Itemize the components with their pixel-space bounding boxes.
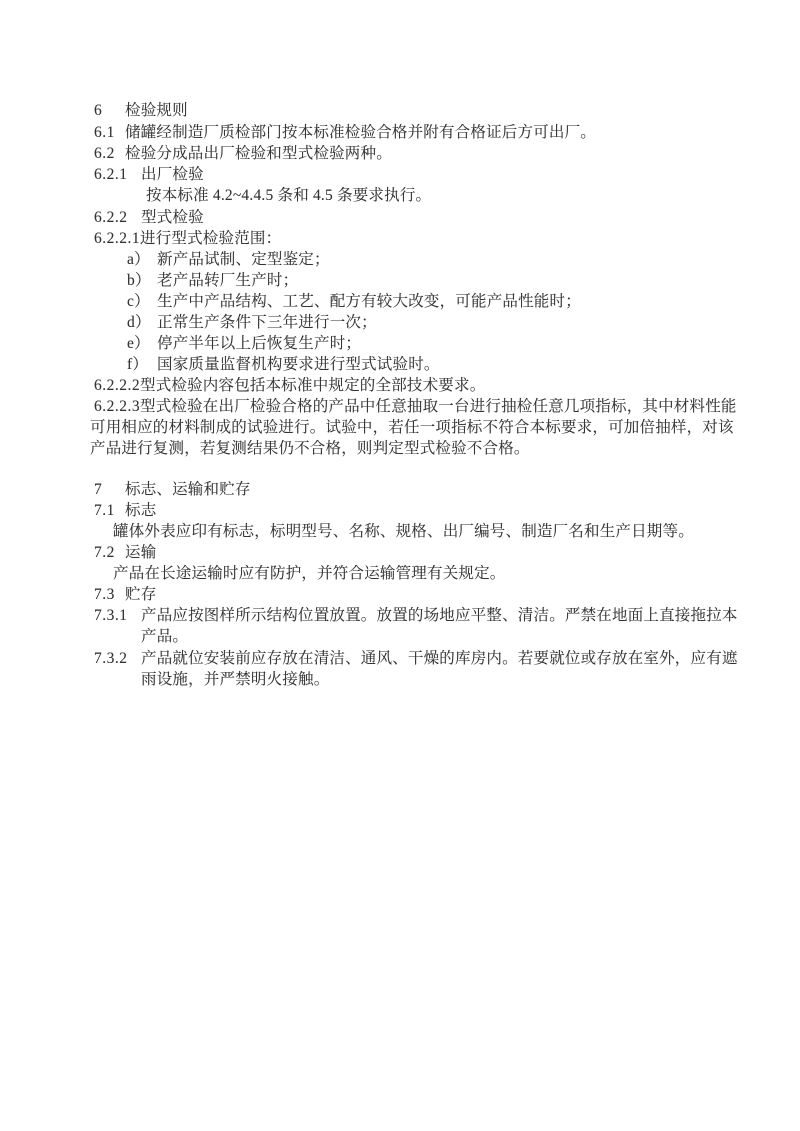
list-item-a-text: 新产品试制、定型鉴定； bbox=[157, 249, 330, 270]
clause-6-2-2-3-line-1: 型式检验在出厂检验合格的产品中任意抽取一台进行抽检任意几项指标，其中材料性能 bbox=[140, 396, 737, 417]
clause-6-2-2-title: 型式检验 bbox=[141, 207, 204, 228]
clause-6-2-1-body: 按本标准 4.2~4.4.5 条和 4.5 条要求执行。 bbox=[146, 185, 431, 206]
clause-6-1-text: 储罐经制造厂质检部门按本标准检验合格并附有合格证后方可出厂。 bbox=[125, 122, 596, 143]
list-item-c-marker: c） bbox=[127, 291, 150, 312]
clause-6-2-2-3-number: 6.2.2.3 bbox=[94, 396, 140, 417]
list-item-a-marker: a） bbox=[127, 249, 150, 270]
section-6-heading-title: 检验规则 bbox=[125, 100, 188, 121]
clause-6-2-1-title: 出厂检验 bbox=[141, 164, 204, 185]
clause-7-3-2-line-1: 产品就位安装前应存放在清洁、通风、干燥的库房内。若要就位或存放在室外，应有遮 bbox=[141, 648, 738, 669]
clause-7-2-number: 7.2 bbox=[94, 542, 115, 563]
clause-6-2-2-2-number: 6.2.2.2 bbox=[94, 375, 140, 396]
list-item-f-text: 国家质量监督机构要求进行型式试验时。 bbox=[157, 354, 440, 375]
clause-7-3-1-number: 7.3.1 bbox=[94, 605, 128, 626]
list-item-e-text: 停产半年以上后恢复生产时； bbox=[157, 333, 361, 354]
list-item-b-marker: b） bbox=[127, 270, 151, 291]
clause-7-3-2-line-2: 雨设施，并严禁明火接触。 bbox=[141, 669, 329, 690]
clause-7-3-1-line-2: 产品。 bbox=[141, 626, 188, 647]
clause-6-1-number: 6.1 bbox=[94, 122, 115, 143]
list-item-d-marker: d） bbox=[127, 312, 151, 333]
clause-6-2-2-1-number: 6.2.2.1 bbox=[94, 228, 140, 249]
clause-7-3-2-number: 7.3.2 bbox=[94, 648, 128, 669]
clause-7-1-title: 标志 bbox=[125, 500, 156, 521]
clause-7-3-title: 贮存 bbox=[125, 584, 156, 605]
clause-7-1-body: 罐体外表应印有标志，标明型号、名称、规格、出厂编号、制造厂名和生产日期等。 bbox=[113, 521, 694, 542]
clause-7-3-number: 7.3 bbox=[94, 584, 115, 605]
list-item-e-marker: e） bbox=[127, 333, 150, 354]
document-page: 6 检验规则 6.1 储罐经制造厂质检部门按本标准检验合格并附有合格证后方可出厂… bbox=[0, 0, 800, 1131]
clause-7-1-number: 7.1 bbox=[94, 500, 115, 521]
clause-7-2-title: 运输 bbox=[125, 542, 156, 563]
section-7-heading-title: 标志、运输和贮存 bbox=[125, 479, 251, 500]
clause-7-3-1-line-1: 产品应按图样所示结构位置放置。放置的场地应平整、清洁。严禁在地面上直接拖拉本 bbox=[141, 605, 738, 626]
list-item-b-text: 老产品转厂生产时； bbox=[157, 270, 298, 291]
clause-6-2-text: 检验分成品出厂检验和型式检验两种。 bbox=[125, 143, 392, 164]
clause-6-2-2-3-line-2: 可用相应的材料制成的试验进行。试验中，若任一项指标不符合本标要求，可加倍抽样，对… bbox=[90, 417, 734, 438]
clause-6-2-2-2-text: 型式检验内容包括本标准中规定的全部技术要求。 bbox=[140, 375, 485, 396]
list-item-c-text: 生产中产品结构、工艺、配方有较大改变，可能产品性能时； bbox=[157, 291, 581, 312]
clause-6-2-1-number: 6.2.1 bbox=[94, 164, 128, 185]
list-item-d-text: 正常生产条件下三年进行一次； bbox=[157, 312, 377, 333]
list-item-f-marker: f） bbox=[127, 354, 148, 375]
section-7-heading-number: 7 bbox=[94, 479, 102, 500]
clause-7-2-body: 产品在长途运输时应有防护，并符合运输管理有关规定。 bbox=[113, 563, 506, 584]
clause-6-2-2-3-line-3: 产品进行复测，若复测结果仍不合格，则判定型式检验不合格。 bbox=[90, 438, 530, 459]
clause-6-2-2-1-text: 进行型式检验范围： bbox=[140, 228, 281, 249]
section-6-heading-number: 6 bbox=[94, 100, 102, 121]
clause-6-2-number: 6.2 bbox=[94, 143, 115, 164]
clause-6-2-2-number: 6.2.2 bbox=[94, 207, 128, 228]
